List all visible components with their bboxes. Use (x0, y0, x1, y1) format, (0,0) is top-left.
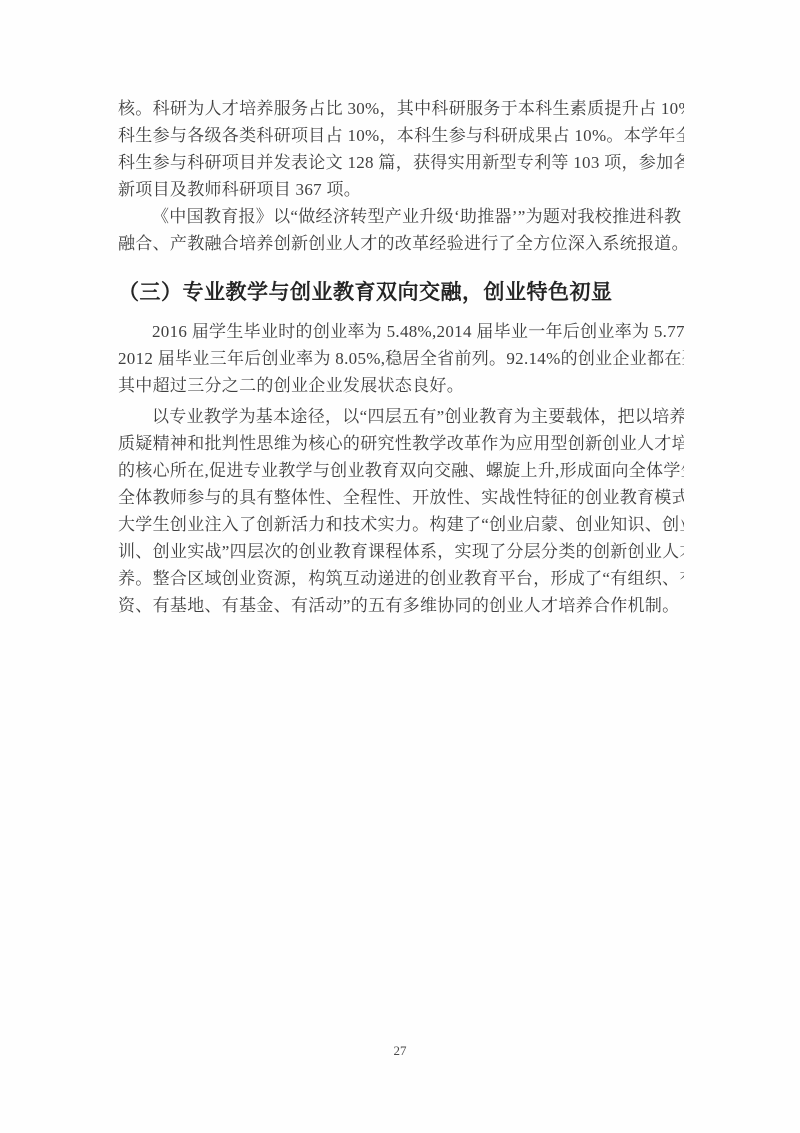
text-line: 科生参与各级各类科研项目占 10%，本科生参与科研成果占 10%。本学年全校本 (118, 122, 684, 149)
text-line: 2012 届毕业三年后创业率为 8.05%,稳居全省前列。92.14%的创业企业… (118, 345, 684, 372)
text-line: 2016 届学生毕业时的创业率为 5.48%,2014 届毕业一年后创业率为 5… (118, 318, 684, 345)
paragraph-research-service: 核。科研为人才培养服务占比 30%，其中科研服务于本科生素质提升占 10%，本科… (118, 95, 684, 203)
text-line: 核。科研为人才培养服务占比 30%，其中科研服务于本科生素质提升占 10%，本 (118, 95, 684, 122)
text-line: 以专业教学为基本途径，以“四层五有”创业教育为主要载体，把以培养 (118, 403, 684, 430)
paragraph-startup-rates: 2016 届学生毕业时的创业率为 5.48%,2014 届毕业一年后创业率为 5… (118, 318, 684, 399)
text-line: 养。整合区域创业资源，构筑互动递进的创业教育平台，形成了“有组织、有师 (118, 565, 684, 592)
text-line: 质疑精神和批判性思维为核心的研究性教学改革作为应用型创新创业人才培养 (118, 430, 684, 457)
document-page: 核。科研为人才培养服务占比 30%，其中科研服务于本科生素质提升占 10%，本科… (0, 0, 800, 1133)
text-line: 新项目及教师科研项目 367 项。 (118, 176, 684, 203)
section-heading: （三）专业教学与创业教育双向交融，创业特色初显 (118, 277, 684, 307)
paragraph-media-report: 《中国教育报》以“做经济转型产业升级‘助推器’”为题对我校推进科教融合、产教融合… (118, 203, 684, 257)
text-line: 科生参与科研项目并发表论文 128 篇，获得实用新型专利等 103 项，参加各类… (118, 149, 684, 176)
text-line: 《中国教育报》以“做经济转型产业升级‘助推器’”为题对我校推进科教 (118, 203, 684, 230)
paragraph-entrepreneurship-education: 以专业教学为基本途径，以“四层五有”创业教育为主要载体，把以培养质疑精神和批判性… (118, 403, 684, 619)
text-line: 资、有基地、有基金、有活动”的五有多维协同的创业人才培养合作机制。 (118, 592, 684, 619)
text-line: 的核心所在,促进专业教学与创业教育双向交融、螺旋上升,形成面向全体学生、 (118, 457, 684, 484)
page-content: 核。科研为人才培养服务占比 30%，其中科研服务于本科生素质提升占 10%，本科… (118, 95, 684, 619)
page-number: 27 (0, 1042, 800, 1060)
text-line: 大学生创业注入了创新活力和技术实力。构建了“创业启蒙、创业知识、创业实 (118, 511, 684, 538)
text-line: 其中超过三分之二的创业企业发展状态良好。 (118, 372, 684, 399)
text-line: 全体教师参与的具有整体性、全程性、开放性、实战性特征的创业教育模式，为 (118, 484, 684, 511)
text-line: 融合、产教融合培养创新创业人才的改革经验进行了全方位深入系统报道。 (118, 230, 684, 257)
text-line: 训、创业实战”四层次的创业教育课程体系，实现了分层分类的创新创业人才培 (118, 538, 684, 565)
